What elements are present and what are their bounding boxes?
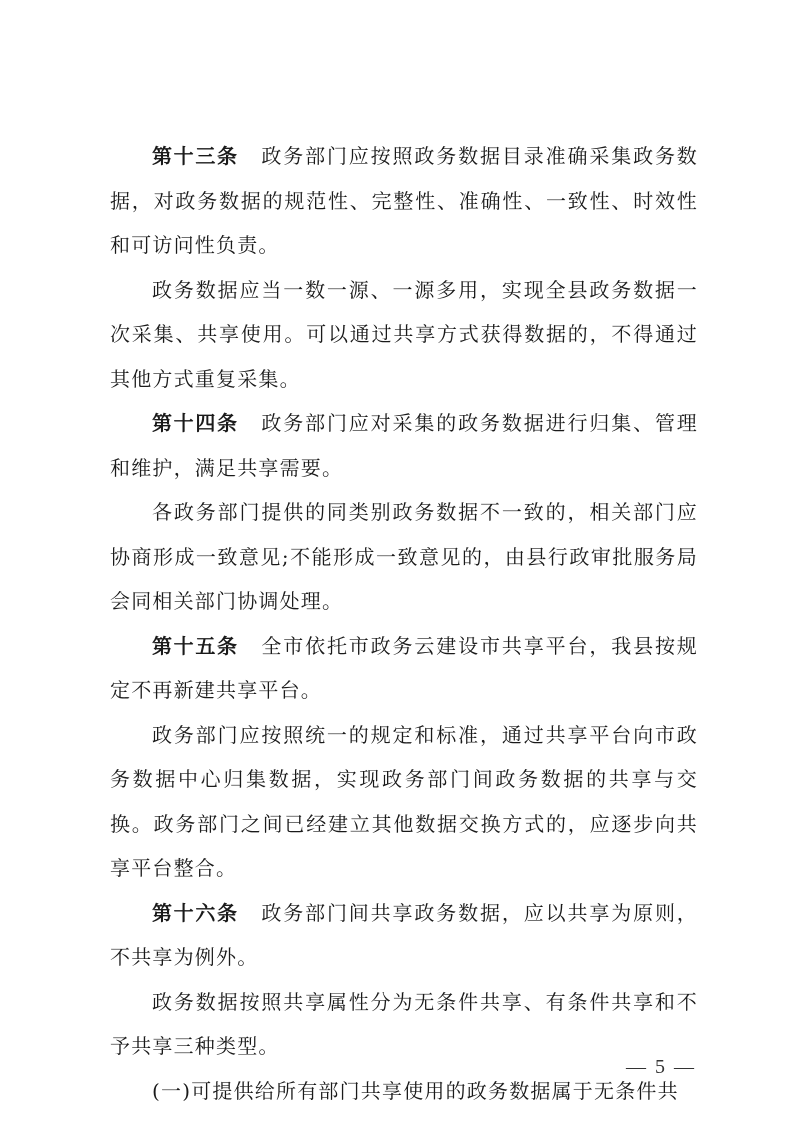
paragraph-text: 各政务部门提供的同类别政务数据不一致的，相关部门应协商形成一致意见;不能形成一致… (110, 500, 698, 613)
page-number: — 5 — (626, 1056, 696, 1079)
list-item-paragraph: (一)可提供给所有部门共享使用的政务数据属于无条件共 (110, 1069, 698, 1114)
article-heading: 第十三条 (152, 144, 239, 168)
article-16-paragraph: 第十六条政务部门间共享政务数据，应以共享为原则，不共享为例外。 (110, 891, 698, 980)
paragraph: 政务数据应当一数一源、一源多用，实现全县政务数据一次采集、共享使用。可以通过共享… (110, 268, 698, 402)
paragraph: 政务部门应按照统一的规定和标准，通过共享平台向市政务数据中心归集数据，实现政务部… (110, 713, 698, 891)
article-heading: 第十五条 (152, 634, 239, 658)
article-13-paragraph: 第十三条政务部门应按照政务数据目录准确采集政务数据，对政务数据的规范性、完整性、… (110, 134, 698, 268)
paragraph: 政务数据按照共享属性分为无条件共享、有条件共享和不予共享三种类型。 (110, 980, 698, 1069)
document-page: 第十三条政务部门应按照政务数据目录准确采集政务数据，对政务数据的规范性、完整性、… (110, 134, 698, 1113)
paragraph-text: 政务数据按照共享属性分为无条件共享、有条件共享和不予共享三种类型。 (110, 990, 698, 1059)
paragraph-text: (一)可提供给所有部门共享使用的政务数据属于无条件共 (152, 1079, 679, 1103)
article-heading: 第十六条 (152, 901, 239, 925)
article-15-paragraph: 第十五条全市依托市政务云建设市共享平台，我县按规定不再新建共享平台。 (110, 624, 698, 713)
article-heading: 第十四条 (152, 411, 239, 435)
paragraph: 各政务部门提供的同类别政务数据不一致的，相关部门应协商形成一致意见;不能形成一致… (110, 490, 698, 624)
article-14-paragraph: 第十四条政务部门应对采集的政务数据进行归集、管理和维护，满足共享需要。 (110, 401, 698, 490)
paragraph-text: 政务数据应当一数一源、一源多用，实现全县政务数据一次采集、共享使用。可以通过共享… (110, 278, 698, 391)
paragraph-text: 政务部门应按照统一的规定和标准，通过共享平台向市政务数据中心归集数据，实现政务部… (110, 723, 698, 881)
